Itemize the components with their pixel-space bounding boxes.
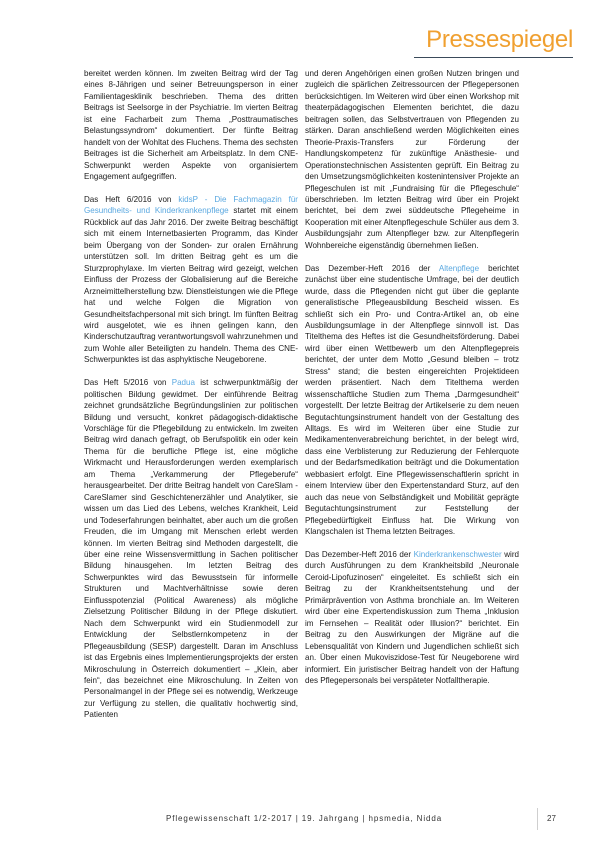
section-title: Pressespiegel	[426, 26, 573, 54]
text: Das Heft 5/2016 von	[84, 378, 172, 387]
text: berichtet zunächst über eine studentisch…	[305, 264, 519, 536]
right-column: und deren Angehörigen einen großen Nutze…	[305, 68, 519, 698]
footer-citation: Pflegewissenschaft 1/2-2017 | 19. Jahrga…	[166, 814, 442, 823]
paragraph-altenpflege: Das Dezember-Heft 2016 der Altenpflege b…	[305, 263, 519, 538]
paragraph-kidsp: Das Heft 6/2016 von kidsP - Die Fachmaga…	[84, 194, 298, 366]
text: startet mit einem Rückblick auf das Jahr…	[84, 206, 298, 364]
journal-link-kinderkrankenschwester[interactable]: Kinderkrankenschwester	[414, 550, 502, 559]
text: wird durch Ausführungen zu dem Krankheit…	[305, 550, 519, 685]
footer-divider	[537, 808, 538, 830]
page-number: 27	[547, 814, 556, 823]
paragraph-continuation: bereitet werden können. Im zweiten Beitr…	[84, 68, 298, 183]
paragraph-padua: Das Heft 5/2016 von Padua ist schwerpunk…	[84, 377, 298, 721]
left-column: bereitet werden können. Im zweiten Beitr…	[84, 68, 298, 732]
journal-link-padua[interactable]: Padua	[172, 378, 195, 387]
text: Das Dezember-Heft 2016 der	[305, 264, 439, 273]
paragraph-kinderkrankenschwester: Das Dezember-Heft 2016 der Kinderkranken…	[305, 549, 519, 686]
text: ist schwerpunktmäßig der politischen Bil…	[84, 378, 298, 719]
header-divider	[414, 57, 573, 58]
text: Das Dezember-Heft 2016 der	[305, 550, 414, 559]
journal-link-altenpflege[interactable]: Altenpflege	[439, 264, 479, 273]
paragraph-continuation: und deren Angehörigen einen großen Nutze…	[305, 68, 519, 251]
text: Das Heft 6/2016 von	[84, 195, 178, 204]
